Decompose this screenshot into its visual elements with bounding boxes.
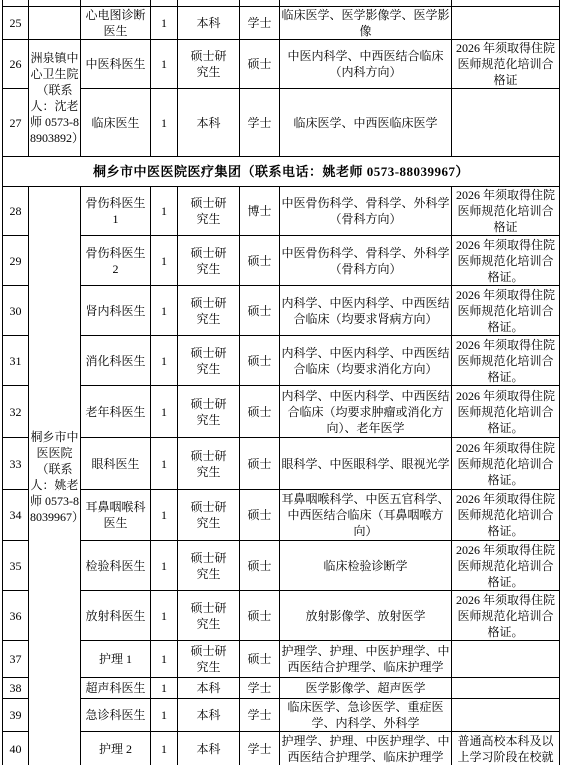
cell-degree: 硕士 <box>240 336 280 386</box>
cell-no: 28 <box>3 187 29 236</box>
cell-position: 超声科医生 <box>81 678 151 699</box>
cell-no: 32 <box>3 386 29 438</box>
cell-position: 临床医生 <box>81 89 151 157</box>
cell-no: 29 <box>3 236 29 286</box>
cell-majors: 耳鼻咽喉科学、中医五官科学、中西医结合临床（耳鼻咽喉方向） <box>280 490 452 541</box>
cell-majors: 眼科学、中医眼科学、眼视光学 <box>280 438 452 490</box>
cell-education: 硕士研究生 <box>178 490 240 541</box>
cell-education: 硕士研究生 <box>178 286 240 336</box>
cell-degree: 学士 <box>240 89 280 157</box>
cell-count: 1 <box>151 541 178 591</box>
table-row: 29 骨伤科医生 2 1 硕士研究生 硕士 中医骨伤科学、骨科学、外科学（骨科方… <box>3 236 560 286</box>
cell-education: 硕士研究生 <box>178 591 240 641</box>
cell-position: 消化科医生 <box>81 336 151 386</box>
cell-education: 硕士研究生 <box>178 438 240 490</box>
cell-education: 硕士研究生 <box>178 187 240 236</box>
cell-note <box>452 89 560 157</box>
cell-count: 1 <box>151 40 178 89</box>
cell-degree: 学士 <box>240 732 280 765</box>
cell-note: 2026 年须取得住院医师规范化培训合格证 <box>452 40 560 89</box>
cell-count: 1 <box>151 591 178 641</box>
table-row: 34 耳鼻咽喉科医生 1 硕士研究生 硕士 耳鼻咽喉科学、中医五官科学、中西医结… <box>3 490 560 541</box>
cell-no: 31 <box>3 336 29 386</box>
table-row: 31 消化科医生 1 硕士研究生 硕士 内科学、中医内科学、中西医结合临床（均要… <box>3 336 560 386</box>
cell-degree: 硕士 <box>240 591 280 641</box>
cell-degree: 硕士 <box>240 490 280 541</box>
cell-note: 2026 年须取得住院医师规范化培训合格证。 <box>452 541 560 591</box>
cell-position: 放射科医生 <box>81 591 151 641</box>
cell-degree: 学士 <box>240 699 280 732</box>
cell-no: 35 <box>3 541 29 591</box>
cell-majors: 临床医学、医学影像学、医学影像 <box>280 7 452 40</box>
cell-majors: 护理学、护理、中医护理学、中西医结合护理学、临床护理学 <box>280 641 452 678</box>
cell-position: 肾内科医生 <box>81 286 151 336</box>
cell-count: 1 <box>151 678 178 699</box>
cell-note <box>452 699 560 732</box>
cell-note <box>452 641 560 678</box>
cell-position: 骨伤科医生 1 <box>81 187 151 236</box>
cell-majors: 中医骨伤科学、骨科学、外科学（骨科方向） <box>280 187 452 236</box>
cell-degree: 硕士 <box>240 40 280 89</box>
cell-education: 硕士研究生 <box>178 40 240 89</box>
cell-degree: 硕士 <box>240 541 280 591</box>
cell-note: 普通高校本科及以上学习阶段在校就 <box>452 732 560 765</box>
cell-no: 34 <box>3 490 29 541</box>
cell-majors: 中医内科学、中西医结合临床（内科方向） <box>280 40 452 89</box>
table-row: 27 临床医生 1 本科 学士 临床医学、中西医临床医学 <box>3 89 560 157</box>
cell-degree: 硕士 <box>240 286 280 336</box>
cell-count: 1 <box>151 236 178 286</box>
cell-no: 39 <box>3 699 29 732</box>
section-header-row: 桐乡市中医医院医疗集团（联系电话：姚老师 0573-88039967） <box>3 157 560 187</box>
table-row: 40 护理 2 1 本科 学士 护理学、护理、中医护理学、中西医结合护理学、临床… <box>3 732 560 765</box>
cell-education: 硕士研究生 <box>178 236 240 286</box>
cell-degree: 学士 <box>240 678 280 699</box>
cell-note: 2026 年须取得住院医师规范化培训合格证 <box>452 187 560 236</box>
cell-position: 护理 2 <box>81 732 151 765</box>
cell-count: 1 <box>151 187 178 236</box>
table-row: 39 急诊科医生 1 本科 学士 临床医学、急诊医学、重症医学、内科学、外科学 <box>3 699 560 732</box>
cell-no: 25 <box>3 7 29 40</box>
cell-org <box>29 7 81 40</box>
cell-position: 老年科医生 <box>81 386 151 438</box>
cell-count: 1 <box>151 641 178 678</box>
cell-note: 2026 年须取得住院医师规范化培训合格证。 <box>452 336 560 386</box>
cell-count: 1 <box>151 699 178 732</box>
cell-degree: 硕士 <box>240 236 280 286</box>
cell-education: 硕士研究生 <box>178 386 240 438</box>
cell-degree: 硕士 <box>240 641 280 678</box>
cell-note: 2026 年须取得住院医师规范化培训合格证。 <box>452 438 560 490</box>
table-row: 25 心电图诊断医生 1 本科 学士 临床医学、医学影像学、医学影像 <box>3 7 560 40</box>
table-row: 33 眼科医生 1 硕士研究生 硕士 眼科学、中医眼科学、眼视光学 2026 年… <box>3 438 560 490</box>
cell-position: 耳鼻咽喉科医生 <box>81 490 151 541</box>
cell-no: 33 <box>3 438 29 490</box>
cell-note <box>452 7 560 40</box>
cell-position: 检验科医生 <box>81 541 151 591</box>
cell-position: 骨伤科医生 2 <box>81 236 151 286</box>
recruitment-table: 25 心电图诊断医生 1 本科 学士 临床医学、医学影像学、医学影像 26 洲泉… <box>2 0 560 765</box>
section-header: 桐乡市中医医院医疗集团（联系电话：姚老师 0573-88039967） <box>3 157 560 187</box>
table-row: 26 洲泉镇中心卫生院（联系人：沈老师 0573-88903892） 中医科医生… <box>3 40 560 89</box>
cell-note <box>452 678 560 699</box>
cell-majors: 临床检验诊断学 <box>280 541 452 591</box>
cell-position: 急诊科医生 <box>81 699 151 732</box>
cell-note: 2026 年须取得住院医师规范化培训合格证。 <box>452 236 560 286</box>
table-row: 36 放射科医生 1 硕士研究生 硕士 放射影像学、放射医学 2026 年须取得… <box>3 591 560 641</box>
cell-count: 1 <box>151 89 178 157</box>
cell-position: 心电图诊断医生 <box>81 7 151 40</box>
cell-majors: 临床医学、中西医临床医学 <box>280 89 452 157</box>
cell-majors: 内科学、中医内科学、中西医结合临床（均要求肾病方向） <box>280 286 452 336</box>
cell-count: 1 <box>151 438 178 490</box>
table-row: 30 肾内科医生 1 硕士研究生 硕士 内科学、中医内科学、中西医结合临床（均要… <box>3 286 560 336</box>
cell-education: 本科 <box>178 89 240 157</box>
cell-degree: 硕士 <box>240 438 280 490</box>
cell-org-tongxiang: 桐乡市中医医院（联系人：姚老师 0573-88039967） <box>29 187 81 765</box>
cell-no: 36 <box>3 591 29 641</box>
cell-count: 1 <box>151 732 178 765</box>
cell-count: 1 <box>151 7 178 40</box>
cell-majors: 内科学、中医内科学、中西医结合临床（均要求肿瘤或消化方向）、老年医学 <box>280 386 452 438</box>
cell-position: 护理 1 <box>81 641 151 678</box>
cell-no: 40 <box>3 732 29 765</box>
cell-education: 硕士研究生 <box>178 641 240 678</box>
cell-majors: 放射影像学、放射医学 <box>280 591 452 641</box>
cell-note: 2026 年须取得住院医师规范化培训合格证。 <box>452 490 560 541</box>
cell-degree: 博士 <box>240 187 280 236</box>
table-row: 35 检验科医生 1 硕士研究生 硕士 临床检验诊断学 2026 年须取得住院医… <box>3 541 560 591</box>
cell-majors: 护理学、护理、中医护理学、中西医结合护理学、临床护理学 <box>280 732 452 765</box>
cell-note: 2026 年须取得住院医师规范化培训合格证。 <box>452 591 560 641</box>
cell-degree: 硕士 <box>240 386 280 438</box>
cell-no: 37 <box>3 641 29 678</box>
table-row: 37 护理 1 1 硕士研究生 硕士 护理学、护理、中医护理学、中西医结合护理学… <box>3 641 560 678</box>
cell-count: 1 <box>151 286 178 336</box>
cell-education: 硕士研究生 <box>178 336 240 386</box>
cell-degree: 学士 <box>240 7 280 40</box>
cell-no: 27 <box>3 89 29 157</box>
cell-count: 1 <box>151 490 178 541</box>
cell-education: 本科 <box>178 7 240 40</box>
cell-education: 硕士研究生 <box>178 541 240 591</box>
table-row: 28 桐乡市中医医院（联系人：姚老师 0573-88039967） 骨伤科医生 … <box>3 187 560 236</box>
cell-majors: 中医骨伤科学、骨科学、外科学（骨科方向） <box>280 236 452 286</box>
cell-note: 2026 年须取得住院医师规范化培训合格证。 <box>452 286 560 336</box>
cell-note: 2026 年须取得住院医师规范化培训合格证。 <box>452 386 560 438</box>
cell-org-zhouquan: 洲泉镇中心卫生院（联系人：沈老师 0573-88903892） <box>29 40 81 157</box>
cell-position: 眼科医生 <box>81 438 151 490</box>
cell-count: 1 <box>151 336 178 386</box>
cell-majors: 临床医学、急诊医学、重症医学、内科学、外科学 <box>280 699 452 732</box>
cell-position: 中医科医生 <box>81 40 151 89</box>
cell-education: 本科 <box>178 678 240 699</box>
table-row: 38 超声科医生 1 本科 学士 医学影像学、超声医学 <box>3 678 560 699</box>
cell-majors: 医学影像学、超声医学 <box>280 678 452 699</box>
table-row: 32 老年科医生 1 硕士研究生 硕士 内科学、中医内科学、中西医结合临床（均要… <box>3 386 560 438</box>
cell-no: 26 <box>3 40 29 89</box>
cell-count: 1 <box>151 386 178 438</box>
cell-education: 本科 <box>178 732 240 765</box>
cell-education: 本科 <box>178 699 240 732</box>
cell-majors: 内科学、中医内科学、中西医结合临床（均要求消化方向） <box>280 336 452 386</box>
cell-no: 38 <box>3 678 29 699</box>
cell-no: 30 <box>3 286 29 336</box>
